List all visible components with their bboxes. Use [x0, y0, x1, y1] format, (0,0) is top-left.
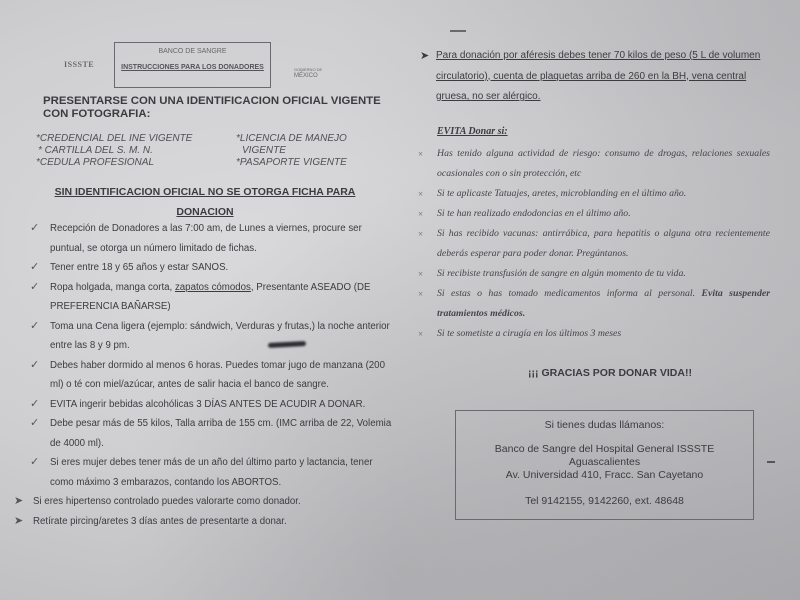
evita-text: Si te han realizado endodoncias en el úl… [437, 208, 631, 219]
evita-item: ×Si te han realizado endodoncias en el ú… [418, 204, 770, 224]
header-instructions-title: INSTRUCCIONES PARA LOS DONADORES [115, 63, 270, 72]
requirement-text: Recepción de Donadores a las 7:00 am, de… [50, 223, 362, 254]
issste-logo: ISSSTE [64, 60, 94, 69]
header-bank-name: BANCO DE SANGRE [115, 48, 270, 55]
no-id-warning: SIN IDENTIFICACION OFICIAL NO SE OTORGA … [40, 182, 370, 222]
x-bullet-icon: × [418, 184, 423, 204]
evita-text: Has tenido alguna actividad de riesgo: c… [437, 148, 770, 179]
apheresis-text: Para donación por aféresis debes tener 7… [420, 46, 770, 108]
requirement-text: Retírate pircing/aretes 3 días antes de … [33, 516, 287, 527]
evita-text: Si te aplicaste Tatuajes, aretes, microb… [437, 188, 686, 199]
contact-name-line2: Aguascalientes [456, 456, 753, 469]
contact-phone: Tel 9142155, 9142260, ext. 48648 [456, 495, 753, 507]
id-item: * CARTILLA DEL S. M. N. [36, 145, 192, 157]
check-icon: ✓ [30, 278, 39, 298]
decorative-dash [767, 461, 775, 463]
gobierno-mexico-logo: GOBIERNO DE MÉXICO [294, 67, 322, 79]
contact-address: Av. Universidad 410, Fracc. San Cayetano [456, 469, 753, 482]
x-bullet-icon: × [418, 144, 423, 164]
check-icon: ✓ [30, 258, 39, 278]
requirement-text: Debes haber dormido al menos 6 horas. Pu… [50, 360, 385, 391]
requirement-text: Toma una Cena ligera (ejemplo: sándwich,… [50, 321, 390, 352]
requirement-item: ✓Debes haber dormido al menos 6 horas. P… [30, 356, 392, 395]
x-bullet-icon: × [418, 264, 423, 284]
evita-item: ×Si te sometiste a cirugía en los último… [418, 324, 770, 344]
requirement-text: Si eres mujer debes tener más de un año … [50, 457, 373, 488]
arrow-bullet-icon: ➤ [420, 46, 429, 67]
requirement-text: EVITA ingerir bebidas alcohólicas 3 DÍAS… [50, 399, 365, 410]
thanks-message: ¡¡¡ GRACIAS POR DONAR VIDA!! [440, 367, 780, 379]
x-bullet-icon: × [418, 224, 423, 244]
evita-list: ×Has tenido alguna actividad de riesgo: … [418, 144, 770, 344]
contact-name: Banco de Sangre del Hospital General ISS… [456, 443, 753, 482]
requirement-item: ✓EVITA ingerir bebidas alcohólicas 3 DÍA… [30, 395, 392, 415]
requirement-item: ✓Si eres mujer debes tener más de un año… [30, 453, 392, 492]
arrow-bullet-icon: ➤ [14, 512, 23, 532]
requirement-text: Si eres hipertenso controlado puedes val… [33, 496, 301, 507]
id-item: *PASAPORTE VIGENTE [236, 157, 347, 169]
requirements-list: ✓Recepción de Donadores a las 7:00 am, d… [30, 219, 392, 531]
check-icon: ✓ [30, 453, 39, 473]
logo-mexico-text: MÉXICO [294, 73, 322, 79]
id-item: VIGENTE [236, 145, 347, 157]
evita-item: ×Si estas o has tomado medicamentos info… [418, 284, 770, 324]
apheresis-note: ➤ Para donación por aféresis debes tener… [420, 46, 770, 108]
requirement-item: ➤Si eres hipertenso controlado puedes va… [30, 492, 392, 512]
x-bullet-icon: × [418, 324, 423, 344]
id-item: *CREDENCIAL DEL INE VIGENTE [36, 133, 192, 145]
requirement-item: ✓Debe pesar más de 55 kilos, Talla arrib… [30, 414, 392, 453]
requirement-text: Debe pesar más de 55 kilos, Talla arriba… [50, 418, 391, 449]
arrow-bullet-icon: ➤ [14, 492, 23, 512]
contact-box: Si tienes dudas llámanos: Banco de Sangr… [455, 410, 754, 520]
evita-text: Si has recibido vacunas: antirrábica, pa… [437, 228, 770, 259]
header-title-box: BANCO DE SANGRE INSTRUCCIONES PARA LOS D… [114, 42, 271, 88]
check-icon: ✓ [30, 317, 39, 337]
requirement-text: Ropa holgada, manga corta, [50, 282, 175, 293]
identification-title: PRESENTARSE CON UNA IDENTIFICACION OFICI… [43, 95, 383, 121]
evita-text: Si recibiste transfusión de sangre en al… [437, 268, 686, 279]
contact-name-line1: Banco de Sangre del Hospital General ISS… [456, 443, 753, 456]
requirement-item: ✓Tener entre 18 y 65 años y estar SANOS. [30, 258, 392, 278]
check-icon: ✓ [30, 219, 39, 239]
check-icon: ✓ [30, 414, 39, 434]
evita-text: Si te sometiste a cirugía en los últimos… [437, 328, 621, 339]
requirement-item: ➤Retírate pircing/aretes 3 días antes de… [30, 512, 392, 532]
decorative-dash [450, 30, 466, 32]
id-item: *CEDULA PROFESIONAL [36, 157, 192, 169]
check-icon: ✓ [30, 395, 39, 415]
evita-item: ×Si recibiste transfusión de sangre en a… [418, 264, 770, 284]
evita-item: ×Si has recibido vacunas: antirrábica, p… [418, 224, 770, 264]
evita-item: ×Has tenido alguna actividad de riesgo: … [418, 144, 770, 184]
check-icon: ✓ [30, 356, 39, 376]
id-list-right: *LICENCIA DE MANEJO VIGENTE *PASAPORTE V… [236, 133, 347, 169]
requirement-text-underlined: zapatos cómodos [175, 282, 251, 293]
x-bullet-icon: × [418, 204, 423, 224]
requirement-text: Tener entre 18 y 65 años y estar SANOS. [50, 262, 228, 273]
evita-item: ×Si te aplicaste Tatuajes, aretes, micro… [418, 184, 770, 204]
requirement-item: ✓Ropa holgada, manga corta, zapatos cómo… [30, 278, 392, 317]
requirement-item: ✓Toma una Cena ligera (ejemplo: sándwich… [30, 317, 392, 356]
evita-text: Si estas o has tomado medicamentos infor… [437, 288, 695, 299]
x-bullet-icon: × [418, 284, 423, 304]
evita-title: EVITA Donar si: [437, 126, 508, 137]
id-item: *LICENCIA DE MANEJO [236, 133, 347, 145]
contact-intro: Si tienes dudas llámanos: [456, 419, 753, 431]
requirement-item: ✓Recepción de Donadores a las 7:00 am, d… [30, 219, 392, 258]
id-list-left: *CREDENCIAL DEL INE VIGENTE * CARTILLA D… [36, 133, 192, 169]
